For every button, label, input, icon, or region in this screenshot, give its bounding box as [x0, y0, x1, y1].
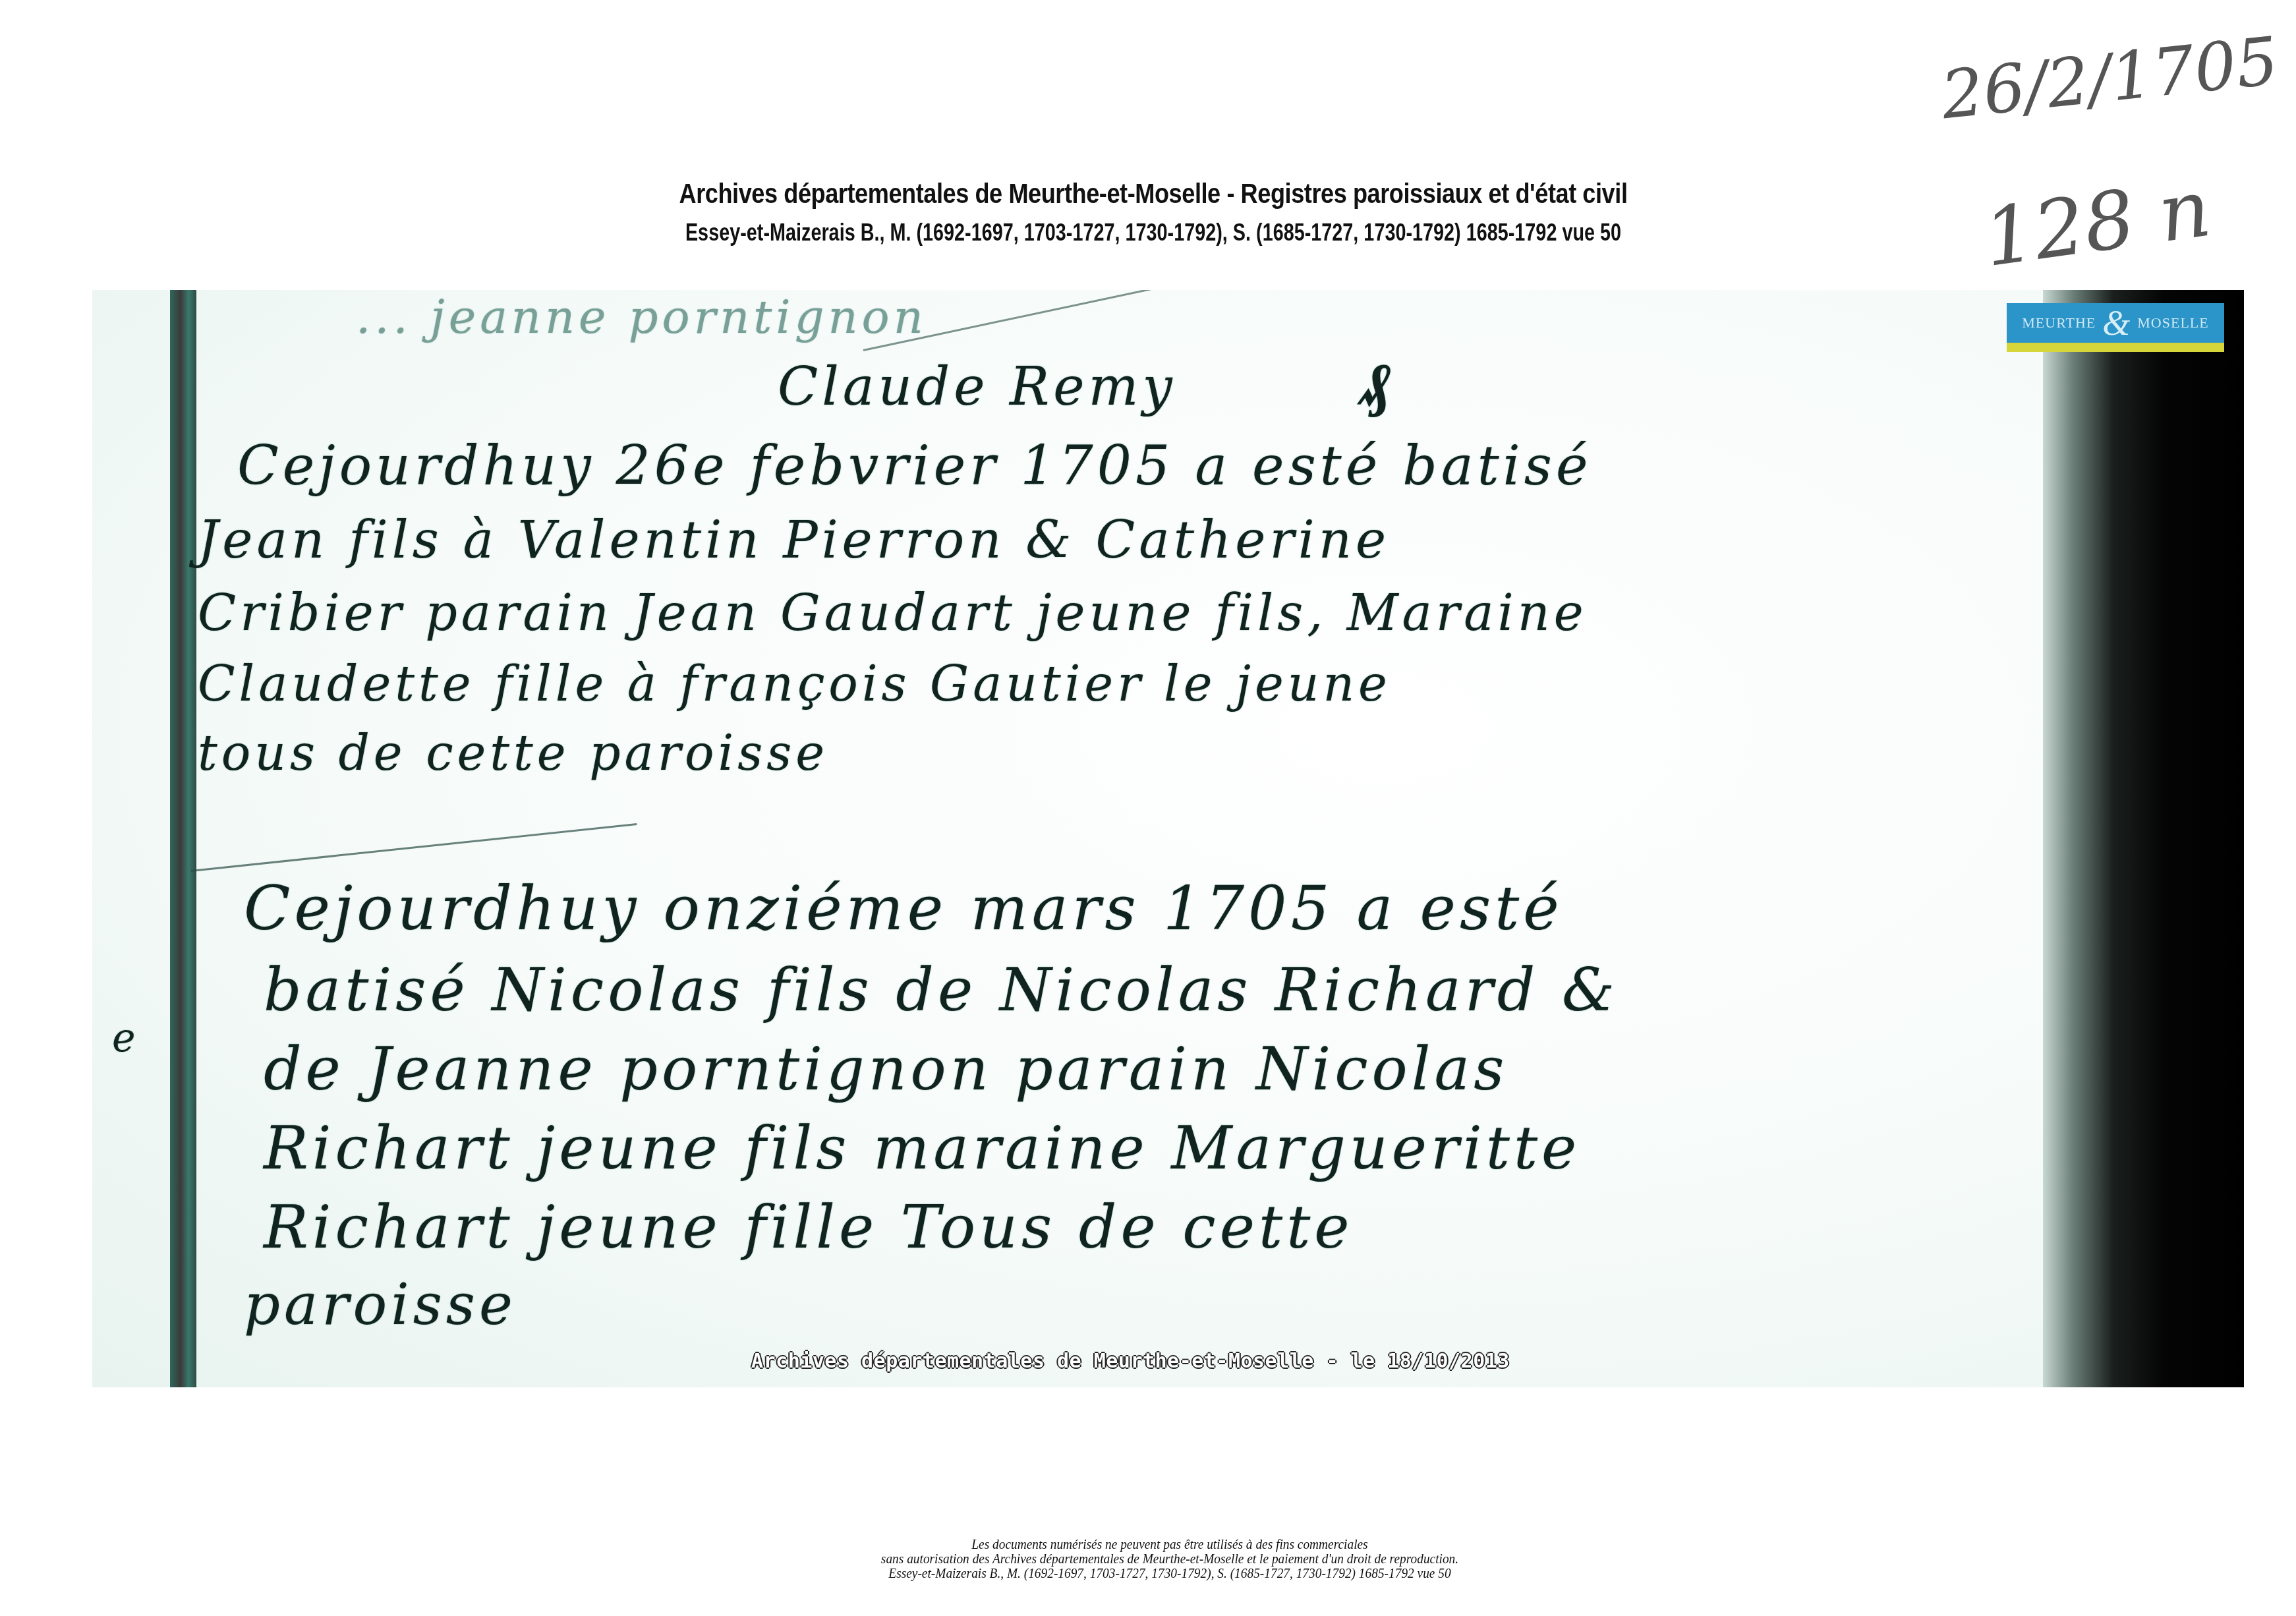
- logo-ampersand: &: [2102, 305, 2131, 341]
- signature-mark-icon: ₰: [1361, 349, 1394, 419]
- entry1-line2: Jean fils à Valentin Pierron & Catherine: [198, 511, 1390, 570]
- entry1-line3: Cribier parain Jean Gaudart jeune fils, …: [198, 583, 1588, 642]
- left-margin-fragment: e: [112, 1015, 140, 1061]
- entry2-line2: batisé Nicolas fils de Nicolas Richard &: [264, 956, 1619, 1025]
- entry1-line1: Cejourdhuy 26e febvrier 1705 a esté bati…: [237, 435, 1592, 498]
- usage-notice-footer: Les documents numérisés ne peuvent pas ê…: [725, 1537, 1615, 1580]
- logo-left-text: MEURTHE: [2022, 314, 2096, 332]
- pencil-date-note: 26/2/1705: [1937, 22, 2282, 134]
- footer-line-1: Les documents numérisés ne peuvent pas ê…: [778, 1537, 1561, 1551]
- margin-rule: [170, 290, 196, 1387]
- page-gutter-shadow: [2043, 290, 2244, 1387]
- entry2-line1: Cejourdhuy onziéme mars 1705 a esté: [244, 873, 1563, 944]
- entry2-line3: de Jeanne porntignon parain Nicolas: [264, 1035, 1508, 1104]
- footer-line-2: sans autorisation des Archives départeme…: [778, 1551, 1561, 1566]
- meurthe-et-moselle-logo: MEURTHE & MOSELLE: [2007, 303, 2224, 356]
- signature-line: Claude Remy: [778, 356, 1176, 417]
- entry2-line4: Richart jeune fils maraine Margueritte: [264, 1114, 1580, 1183]
- footer-line-3: Essey-et-Maizerais B., M. (1692-1697, 17…: [778, 1566, 1561, 1580]
- entry1-line4: Claudette fille à françois Gautier le je…: [198, 656, 1391, 712]
- logo-yellow-stripe: [2007, 343, 2224, 352]
- manuscript-scan: ... jeanne porntignon Claude Remy ₰ Cejo…: [92, 290, 2244, 1387]
- logo-right-text: MOSELLE: [2137, 314, 2208, 332]
- archive-watermark: Archives départementales de Meurthe-et-M…: [751, 1350, 1510, 1373]
- entry-separator: [191, 823, 637, 872]
- top-fragment: ... jeanne porntignon: [356, 290, 927, 344]
- document-header: Archives départementales de Meurthe-et-M…: [461, 177, 1845, 248]
- register-subtitle: Essey-et-Maizerais B., M. (1692-1697, 17…: [600, 217, 1707, 248]
- entry2-line6: paroisse: [244, 1272, 517, 1338]
- pencil-reference-note: 128 n: [1978, 163, 2216, 285]
- entry1-line5: tous de cette paroisse: [198, 725, 828, 782]
- entry2-line5: Richart jeune fille Tous de cette: [264, 1193, 1354, 1262]
- archive-title: Archives départementales de Meurthe-et-M…: [558, 177, 1748, 211]
